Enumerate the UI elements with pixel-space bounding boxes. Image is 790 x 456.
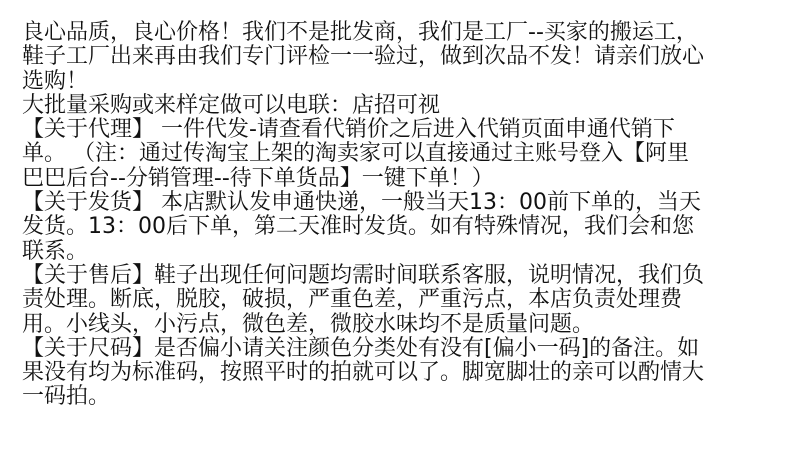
paragraph-about-shipping: 【关于发货】 本店默认发申通快递，一般当天13：00前下单的，当天 发货。13：… bbox=[22, 191, 782, 264]
text-line: 良心品质，良心价格！我们不是批发商，我们是工厂--买家的搬运工， bbox=[22, 21, 782, 45]
text-line: 【关于尺码】是否偏小请关注颜色分类处有没有[偏小一码]的备注。如 bbox=[22, 337, 782, 361]
paragraph-about-agent: 【关于代理】 一件代发-请查看代销价之后进入代销页面申通代销下 单。 （注：通过… bbox=[22, 118, 782, 191]
paragraph-intro: 良心品质，良心价格！我们不是批发商，我们是工厂--买家的搬运工， 鞋子工厂出来再… bbox=[22, 21, 782, 94]
text-line: 果没有均为标准码，按照平时的拍就可以了。脚宽脚壮的亲可以酌情大 bbox=[22, 361, 782, 385]
text-line: 【关于售后】鞋子出现任何问题均需时间联系客服，说明情况，我们负 bbox=[22, 264, 782, 288]
text-line: 一码拍。 bbox=[22, 385, 782, 409]
text-line: 责处理。断底，脱胶，破损，严重色差，严重污点，本店负责处理费 bbox=[22, 288, 782, 312]
text-line: 大批量采购或来样定做可以电联：店招可视 bbox=[22, 94, 782, 118]
paragraph-about-after-sales: 【关于售后】鞋子出现任何问题均需时间联系客服，说明情况，我们负 责处理。断底，脱… bbox=[22, 264, 782, 337]
store-notice-document: 良心品质，良心价格！我们不是批发商，我们是工厂--买家的搬运工， 鞋子工厂出来再… bbox=[22, 21, 782, 410]
paragraph-wholesale: 大批量采购或来样定做可以电联：店招可视 bbox=[22, 94, 782, 118]
text-line: 联系。 bbox=[22, 240, 782, 264]
text-line: 用。小线头，小污点，微色差，微胶水味均不是质量问题。 bbox=[22, 313, 782, 337]
text-line: 【关于代理】 一件代发-请查看代销价之后进入代销页面申通代销下 bbox=[22, 118, 782, 142]
text-line: 发货。13：00后下单，第二天准时发货。如有特殊情况，我们会和您 bbox=[22, 215, 782, 239]
text-line: 鞋子工厂出来再由我们专门评检一一验过，做到次品不发！请亲们放心 bbox=[22, 45, 782, 69]
paragraph-about-size: 【关于尺码】是否偏小请关注颜色分类处有没有[偏小一码]的备注。如 果没有均为标准… bbox=[22, 337, 782, 410]
text-line: 巴巴后台--分销管理--待下单货品】一键下单！） bbox=[22, 167, 782, 191]
text-line: 单。 （注：通过传淘宝上架的淘卖家可以直接通过主账号登入【阿里 bbox=[22, 142, 782, 166]
text-line: 【关于发货】 本店默认发申通快递，一般当天13：00前下单的，当天 bbox=[22, 191, 782, 215]
text-line: 选购！ bbox=[22, 70, 782, 94]
